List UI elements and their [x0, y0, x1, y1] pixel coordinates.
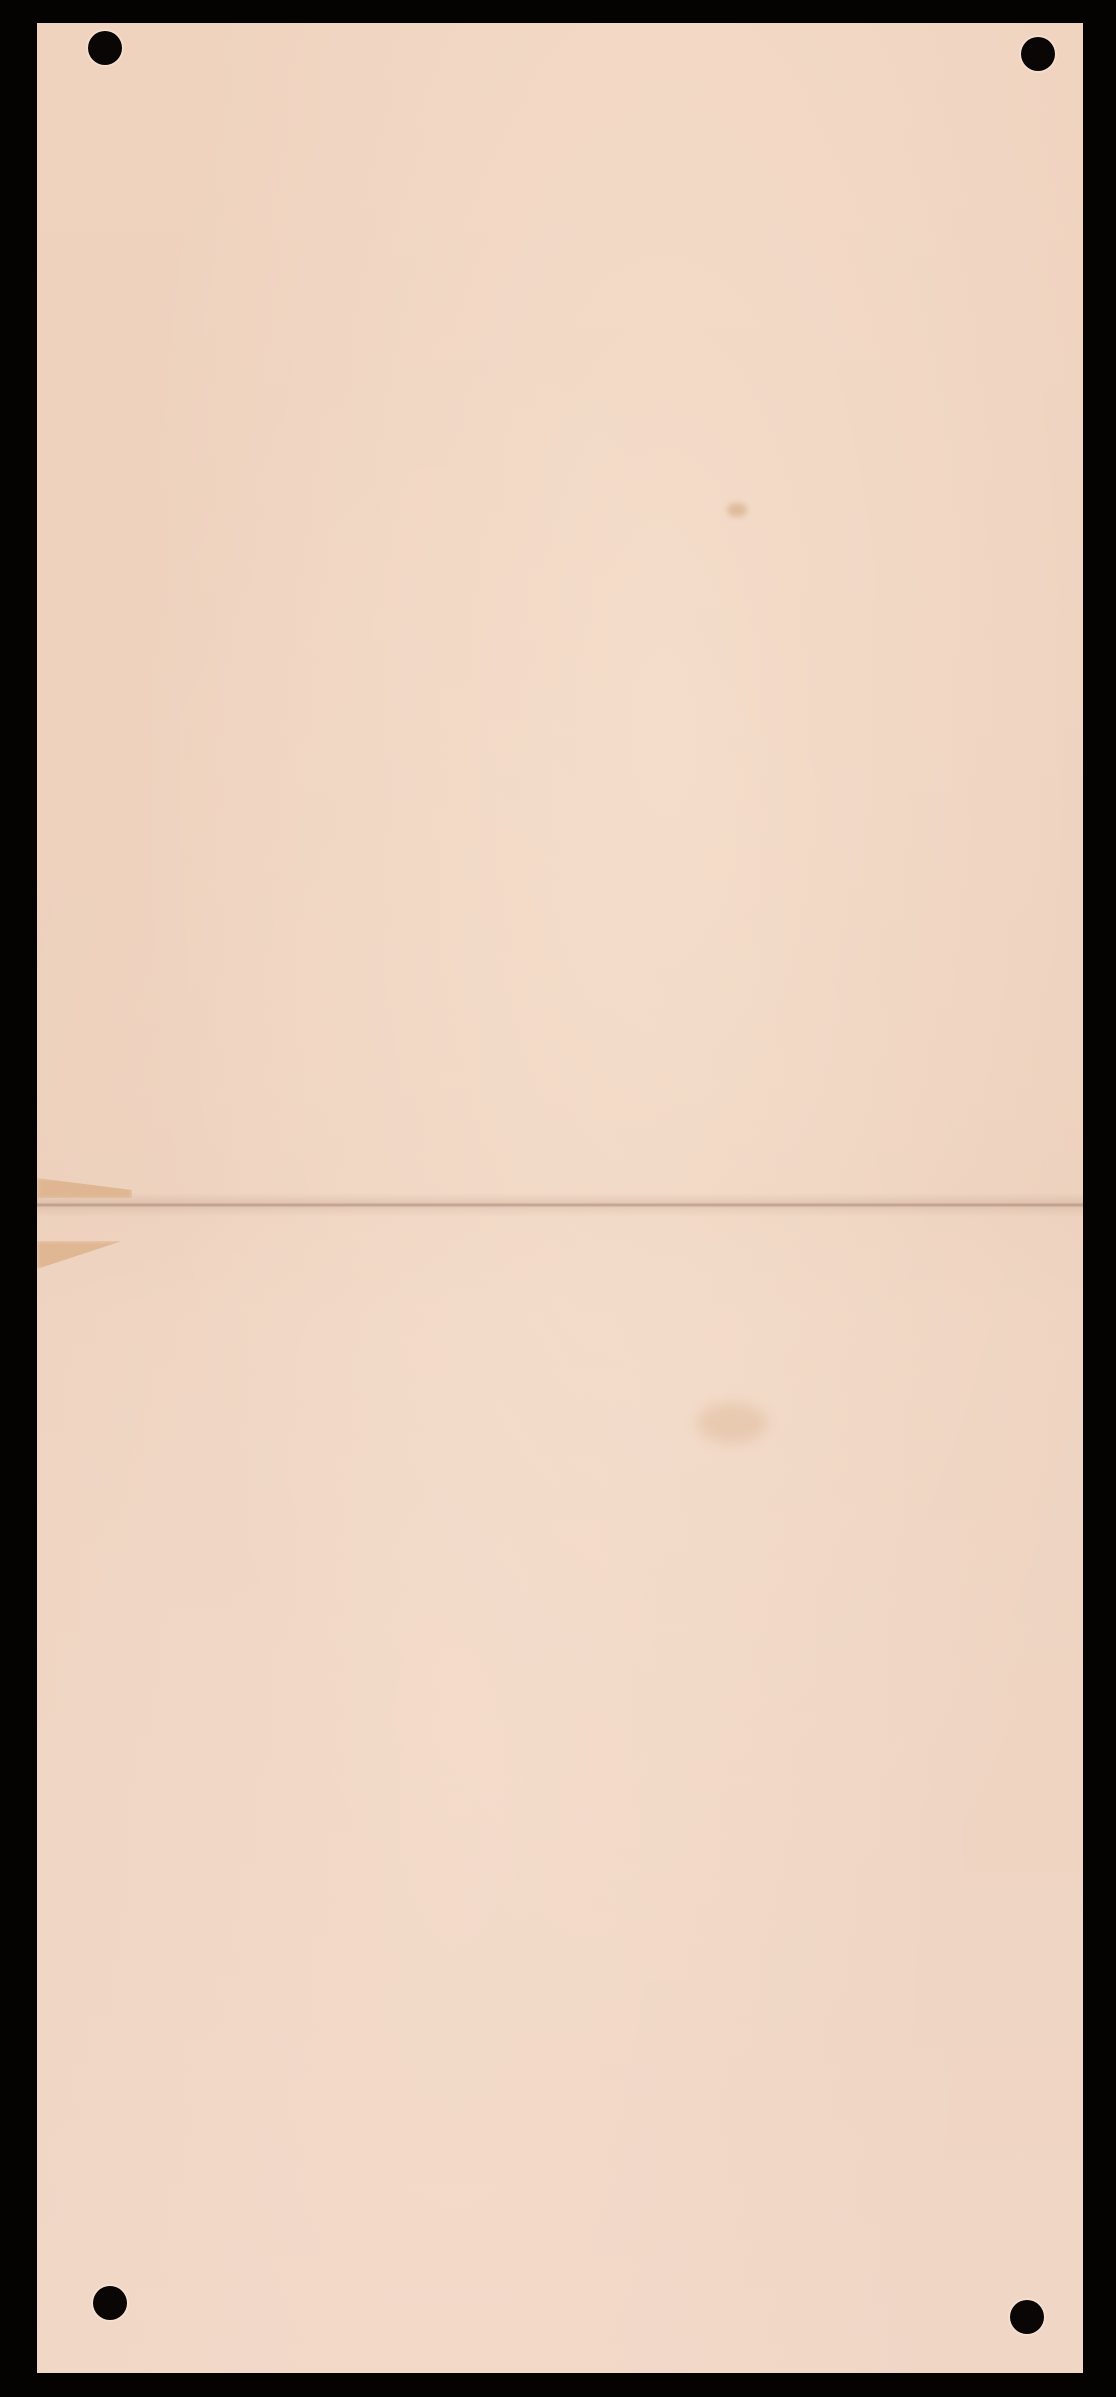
mounting-hole-bottom-right [1010, 2300, 1044, 2334]
edge-stain [37, 1241, 122, 1269]
mounting-hole-top-right [1021, 37, 1055, 71]
edge-stain [37, 1178, 132, 1198]
mounting-hole-bottom-left [93, 2286, 127, 2320]
poster-back-paper [37, 23, 1083, 2373]
faint-stain [727, 503, 747, 517]
faint-stain [697, 1403, 767, 1443]
mounting-hole-top-left [88, 31, 122, 65]
horizontal-fold-line [37, 1193, 1083, 1217]
